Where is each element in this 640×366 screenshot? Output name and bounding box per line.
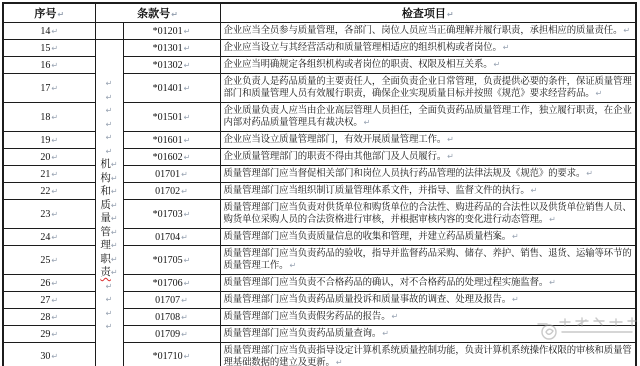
serial-number: 16: [40, 60, 50, 71]
return-mark-icon: ↵: [586, 169, 593, 178]
section-label-line: ↵: [96, 293, 123, 307]
serial-cell: 15↵: [3, 40, 95, 57]
empty-cell: [95, 23, 123, 40]
item-text: 企业质量管理部门的职责不得由其他部门及人员履行。: [224, 152, 447, 162]
header-item: 检查项目↵: [220, 3, 636, 23]
return-mark-icon: ↵: [181, 187, 188, 196]
item-cell: 企业负责人是药品质量的主要责任人，全面负责企业日常管理，负责提供必要的条件，保证…: [220, 74, 636, 103]
clause-cell: 01708↵: [123, 309, 220, 326]
section-label-line: ↵: [96, 307, 123, 321]
header-item-label: 检查项目: [402, 8, 446, 20]
return-mark-icon: ↵: [51, 113, 58, 122]
return-mark-icon: ↵: [51, 330, 58, 339]
return-mark-icon: ↵: [382, 329, 389, 338]
return-mark-icon: ↵: [181, 313, 188, 322]
serial-number: 22: [40, 186, 50, 197]
item-cell: 质量管理部门应当负责指导设定计算机系统质量控制功能，负责计算机系统操作权限的审核…: [220, 343, 636, 366]
return-mark-icon: ↵: [111, 268, 118, 277]
clause-cell: *01501↵: [123, 103, 220, 132]
inspection-items-table: 序号↵ 条款号↵ 检查项目↵ 14↵ *01201↵ 企业应当全员参与质量管理，…: [2, 2, 637, 366]
section-label-char: 和: [100, 186, 111, 197]
clause-cell: 01701↵: [123, 166, 220, 183]
section-label-char: 质: [100, 200, 111, 211]
clause-number: *01301: [153, 43, 183, 54]
return-mark-icon: ↵: [106, 79, 113, 88]
item-cell: 质量管理部门应当组织制订质量管理体系文件，并指导、监督文件的执行。↵: [220, 183, 636, 200]
return-mark-icon: ↵: [106, 295, 113, 304]
return-mark-icon: ↵: [106, 133, 113, 142]
return-mark-icon: ↵: [171, 10, 178, 19]
return-mark-icon: ↵: [111, 241, 118, 250]
return-mark-icon: ↵: [106, 106, 113, 115]
return-mark-icon: ↵: [51, 233, 58, 242]
section-label-line: ↵: [96, 145, 123, 159]
return-mark-icon: ↵: [447, 135, 454, 144]
clause-cell: 01704↵: [123, 229, 220, 246]
clause-number: *01703: [153, 209, 183, 220]
return-mark-icon: ↵: [184, 153, 191, 162]
clause-cell: *01201↵: [123, 23, 220, 40]
item-text: 质量管理部门应当负责药品质量查询。: [224, 329, 382, 339]
return-mark-icon: ↵: [184, 256, 191, 265]
serial-cell: 14↵: [3, 23, 95, 40]
clause-cell: *01401↵: [123, 74, 220, 103]
return-mark-icon: ↵: [503, 43, 510, 52]
return-mark-icon: ↵: [51, 352, 58, 361]
item-cell: 质量管理部门应当负责药品质量查询。↵: [220, 326, 636, 343]
section-label-line: 理↵: [96, 239, 123, 253]
header-clause: 条款号↵: [95, 3, 220, 23]
clause-cell: 01707↵: [123, 292, 220, 309]
serial-number: 24: [40, 232, 50, 243]
section-label-line: ↵: [96, 320, 123, 334]
return-mark-icon: ↵: [51, 296, 58, 305]
clause-number: *01601: [153, 135, 183, 146]
return-mark-icon: ↵: [106, 322, 113, 331]
section-label-line: ↵: [96, 118, 123, 132]
clause-cell: *01301↵: [123, 40, 220, 57]
item-cell: 质量管理部门应当负责对供货单位和购货单位的合法性、购进药品的合法性以及供货单位销…: [220, 200, 636, 229]
serial-number: 20: [40, 152, 50, 163]
item-text: 质量管理部门应当负责不合格药品的确认，对不合格药品的处理过程实施监督。: [224, 278, 549, 288]
return-mark-icon: ↵: [184, 27, 191, 36]
return-mark-icon: ↵: [181, 233, 188, 242]
serial-cell: 23↵: [3, 200, 95, 229]
return-mark-icon: ↵: [364, 118, 371, 127]
return-mark-icon: ↵: [51, 313, 58, 322]
serial-number: 18: [40, 112, 50, 123]
return-mark-icon: ↵: [51, 27, 58, 36]
return-mark-icon: ↵: [181, 330, 188, 339]
serial-cell: 29↵: [3, 326, 95, 343]
section-label-line: 管↵: [96, 226, 123, 240]
serial-cell: 25↵: [3, 246, 95, 275]
section-label-line: 质↵: [96, 199, 123, 213]
return-mark-icon: ↵: [181, 170, 188, 179]
serial-number: 29: [40, 329, 50, 340]
item-text: 质量管理部门应当负责对供货单位和购货单位的合法性、购进药品的合法性以及供货单位销…: [224, 203, 632, 225]
serial-number: 28: [40, 312, 50, 323]
return-mark-icon: ↵: [111, 228, 118, 237]
section-label-char: 管: [100, 227, 111, 238]
section-label-line: 构↵: [96, 172, 123, 186]
return-mark-icon: ↵: [51, 170, 58, 179]
return-mark-icon: ↵: [494, 60, 501, 69]
table-row: 15↵ ↵↵↵↵↵↵机↵构↵和↵质↵量↵管↵理↵职↵责↵↵↵↵↵*01301↵ …: [3, 40, 636, 57]
return-mark-icon: ↵: [531, 186, 538, 195]
serial-number: 26: [40, 278, 50, 289]
item-text: 企业应当设立与其经营活动和质量管理相适应的组织机构或者岗位。: [224, 43, 502, 53]
clause-number: 01709: [155, 329, 180, 340]
header-serial-label: 序号: [34, 8, 56, 20]
serial-number: 23: [40, 209, 50, 220]
clause-cell: *01705↵: [123, 246, 220, 275]
serial-number: 21: [40, 169, 50, 180]
item-text: 质量管理部门应当负责药品的验收，指导并监督药品采购、储存、养护、销售、退货、运输…: [224, 249, 632, 271]
return-mark-icon: ↵: [51, 44, 58, 53]
section-label-char: 责: [100, 267, 111, 278]
table-row: 14↵ *01201↵ 企业应当全员参与质量管理，各部门、岗位人员应当正确理解并…: [3, 23, 636, 40]
return-mark-icon: ↵: [111, 255, 118, 264]
return-mark-icon: ↵: [57, 10, 64, 19]
clause-cell: 01702↵: [123, 183, 220, 200]
section-label-line: ↵: [96, 91, 123, 105]
return-mark-icon: ↵: [111, 187, 118, 196]
item-cell: 质量管理部门应当督促相关部门和岗位人员执行药品管理的法律法规及《规范》的要求。↵: [220, 166, 636, 183]
return-mark-icon: ↵: [184, 113, 191, 122]
item-text: 质量管理部门应当组织制订质量管理体系文件，并指导、监督文件的执行。: [224, 186, 530, 196]
clause-cell: *01703↵: [123, 200, 220, 229]
return-mark-icon: ↵: [51, 279, 58, 288]
return-mark-icon: ↵: [184, 279, 191, 288]
return-mark-icon: ↵: [447, 10, 454, 19]
clause-number: 01701: [155, 169, 180, 180]
item-cell: 质量管理部门应当负责假劣药品的报告。↵: [220, 309, 636, 326]
return-mark-icon: ↵: [51, 136, 58, 145]
serial-number: 19: [40, 135, 50, 146]
return-mark-icon: ↵: [184, 61, 191, 70]
clause-cell: *01602↵: [123, 149, 220, 166]
return-mark-icon: ↵: [447, 152, 454, 161]
return-mark-icon: ↵: [289, 261, 296, 270]
merged-section-label: ↵↵↵↵↵↵机↵构↵和↵质↵量↵管↵理↵职↵责↵↵↵↵↵: [95, 40, 123, 366]
return-mark-icon: ↵: [184, 136, 191, 145]
serial-cell: 17↵: [3, 74, 95, 103]
return-mark-icon: ↵: [184, 210, 191, 219]
serial-cell: 18↵: [3, 103, 95, 132]
item-text: 质量管理部门应当负责质量信息的收集和管理，并建立药品质量档案。: [224, 232, 512, 242]
return-mark-icon: ↵: [512, 232, 519, 241]
item-text: 企业质量负责人应当由企业高层管理人员担任，全面负责药品质量管理工作，独立履行职责…: [224, 106, 632, 128]
item-cell: 质量管理部门应当负责不合格药品的确认，对不合格药品的处理过程实施监督。↵: [220, 275, 636, 292]
clause-cell: 01709↵: [123, 326, 220, 343]
item-cell: 企业应当全员参与质量管理，各部门、岗位人员应当正确理解并履行职责，承担相应的质量…: [220, 23, 636, 40]
item-cell: 企业质量负责人应当由企业高层管理人员担任，全面负责药品质量管理工作，独立履行职责…: [220, 103, 636, 132]
section-label-char: 理: [100, 240, 111, 251]
return-mark-icon: ↵: [596, 89, 603, 98]
return-mark-icon: ↵: [106, 120, 113, 129]
clause-cell: *01710↵: [123, 343, 220, 366]
serial-number: 27: [40, 295, 50, 306]
item-text: 企业应当全员参与质量管理，各部门、岗位人员应当正确理解并履行职责，承担相应的质量…: [224, 26, 623, 36]
return-mark-icon: ↵: [549, 215, 556, 224]
serial-cell: 24↵: [3, 229, 95, 246]
section-label-line: ↵: [96, 131, 123, 145]
return-mark-icon: ↵: [111, 201, 118, 210]
clause-number: *01302: [153, 60, 183, 71]
return-mark-icon: ↵: [391, 312, 398, 321]
serial-cell: 26↵: [3, 275, 95, 292]
section-label-line: 和↵: [96, 185, 123, 199]
clause-number: 01707: [155, 295, 180, 306]
section-label-line: 量↵: [96, 212, 123, 226]
item-cell: 企业应当设立质量管理部门，有效开展质量管理工作。↵: [220, 132, 636, 149]
serial-cell: 21↵: [3, 166, 95, 183]
return-mark-icon: ↵: [51, 210, 58, 219]
section-label-char: 量: [100, 213, 111, 224]
item-text: 质量管理部门应当负责药品质量投诉和质量事故的调查、处理及报告。: [224, 295, 512, 305]
section-label-line: 责↵: [96, 266, 123, 280]
return-mark-icon: ↵: [51, 187, 58, 196]
clause-number: *01602: [153, 152, 183, 163]
clause-cell: *01706↵: [123, 275, 220, 292]
serial-number: 25: [40, 255, 50, 266]
clause-number: *01401: [153, 83, 183, 94]
section-label-line: 职↵: [96, 253, 123, 267]
serial-cell: 22↵: [3, 183, 95, 200]
return-mark-icon: ↵: [106, 282, 113, 291]
serial-cell: 20↵: [3, 149, 95, 166]
return-mark-icon: ↵: [111, 160, 118, 169]
serial-cell: 16↵: [3, 57, 95, 74]
return-mark-icon: ↵: [549, 278, 556, 287]
item-text: 质量管理部门应当负责假劣药品的报告。: [224, 312, 391, 322]
return-mark-icon: ↵: [181, 296, 188, 305]
return-mark-icon: ↵: [111, 174, 118, 183]
return-mark-icon: ↵: [51, 256, 58, 265]
item-text: 企业负责人是药品质量的主要责任人，全面负责企业日常管理，负责提供必要的条件，保证…: [224, 77, 632, 99]
serial-cell: 28↵: [3, 309, 95, 326]
section-label-line: ↵: [96, 280, 123, 294]
return-mark-icon: ↵: [106, 93, 113, 102]
return-mark-icon: ↵: [184, 352, 191, 361]
return-mark-icon: ↵: [51, 153, 58, 162]
return-mark-icon: ↵: [51, 84, 58, 93]
section-label-line: ↵: [96, 104, 123, 118]
section-label-char: 机: [100, 159, 111, 170]
return-mark-icon: ↵: [184, 44, 191, 53]
return-mark-icon: ↵: [336, 358, 343, 366]
clause-cell: *01302↵: [123, 57, 220, 74]
clause-number: *01705: [153, 255, 183, 266]
section-label-line: ↵: [96, 77, 123, 91]
clause-number: *01501: [153, 112, 183, 123]
item-text: 质量管理部门应当负责指导设定计算机系统质量控制功能，负责计算机系统操作权限的审核…: [224, 346, 632, 366]
return-mark-icon: ↵: [51, 61, 58, 70]
clause-number: 01708: [155, 312, 180, 323]
return-mark-icon: ↵: [184, 84, 191, 93]
item-text: 企业应当设立质量管理部门，有效开展质量管理工作。: [224, 135, 447, 145]
serial-number: 14: [40, 26, 50, 37]
section-label-char: 构: [100, 173, 111, 184]
header-row: 序号↵ 条款号↵ 检查项目↵: [3, 3, 636, 23]
item-cell: 企业质量管理部门的职责不得由其他部门及人员履行。↵: [220, 149, 636, 166]
item-cell: 质量管理部门应当负责质量信息的收集和管理，并建立药品质量档案。↵: [220, 229, 636, 246]
clause-number: 01702: [155, 186, 180, 197]
section-label-line: 机↵: [96, 158, 123, 172]
section-label-char: 职: [100, 254, 111, 265]
item-cell: 企业应当设立与其经营活动和质量管理相适应的组织机构或者岗位。↵: [220, 40, 636, 57]
clause-cell: *01601↵: [123, 132, 220, 149]
clause-number: *01201: [153, 26, 183, 37]
item-text: 企业应当明确规定各组织机构或者岗位的职责、权限及相互关系。: [224, 60, 493, 70]
return-mark-icon: ↵: [623, 26, 630, 35]
return-mark-icon: ↵: [106, 147, 113, 156]
serial-number: 15: [40, 43, 50, 54]
return-mark-icon: ↵: [106, 309, 113, 318]
item-cell: 质量管理部门应当负责药品的验收，指导并监督药品采购、储存、养护、销售、退货、运输…: [220, 246, 636, 275]
clause-number: *01706: [153, 278, 183, 289]
serial-number: 30: [40, 351, 50, 362]
return-mark-icon: ↵: [111, 214, 118, 223]
clause-number: *01710: [153, 351, 183, 362]
header-clause-label: 条款号: [137, 8, 170, 20]
serial-number: 17: [40, 83, 50, 94]
serial-cell: 19↵: [3, 132, 95, 149]
serial-cell: 30↵: [3, 343, 95, 366]
serial-cell: 27↵: [3, 292, 95, 309]
item-text: 质量管理部门应当督促相关部门和岗位人员执行药品管理的法律法规及《规范》的要求。: [224, 169, 586, 179]
item-cell: 企业应当明确规定各组织机构或者岗位的职责、权限及相互关系。↵: [220, 57, 636, 74]
item-cell: 质量管理部门应当负责药品质量投诉和质量事故的调查、处理及报告。↵: [220, 292, 636, 309]
header-serial: 序号↵: [3, 3, 95, 23]
clause-number: 01704: [155, 232, 180, 243]
return-mark-icon: ↵: [512, 295, 519, 304]
